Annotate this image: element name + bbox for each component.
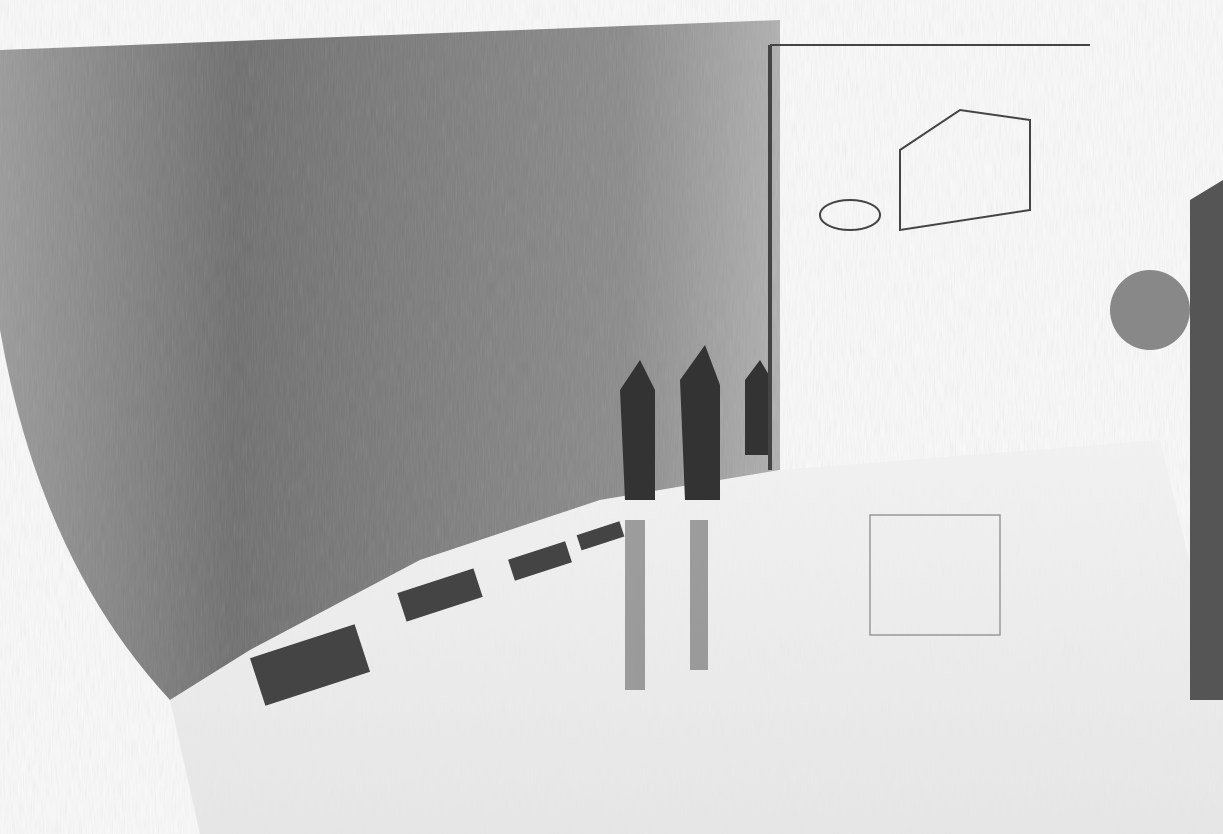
pencil-sketch (0, 0, 1223, 834)
sketch-canvas (0, 0, 1223, 834)
